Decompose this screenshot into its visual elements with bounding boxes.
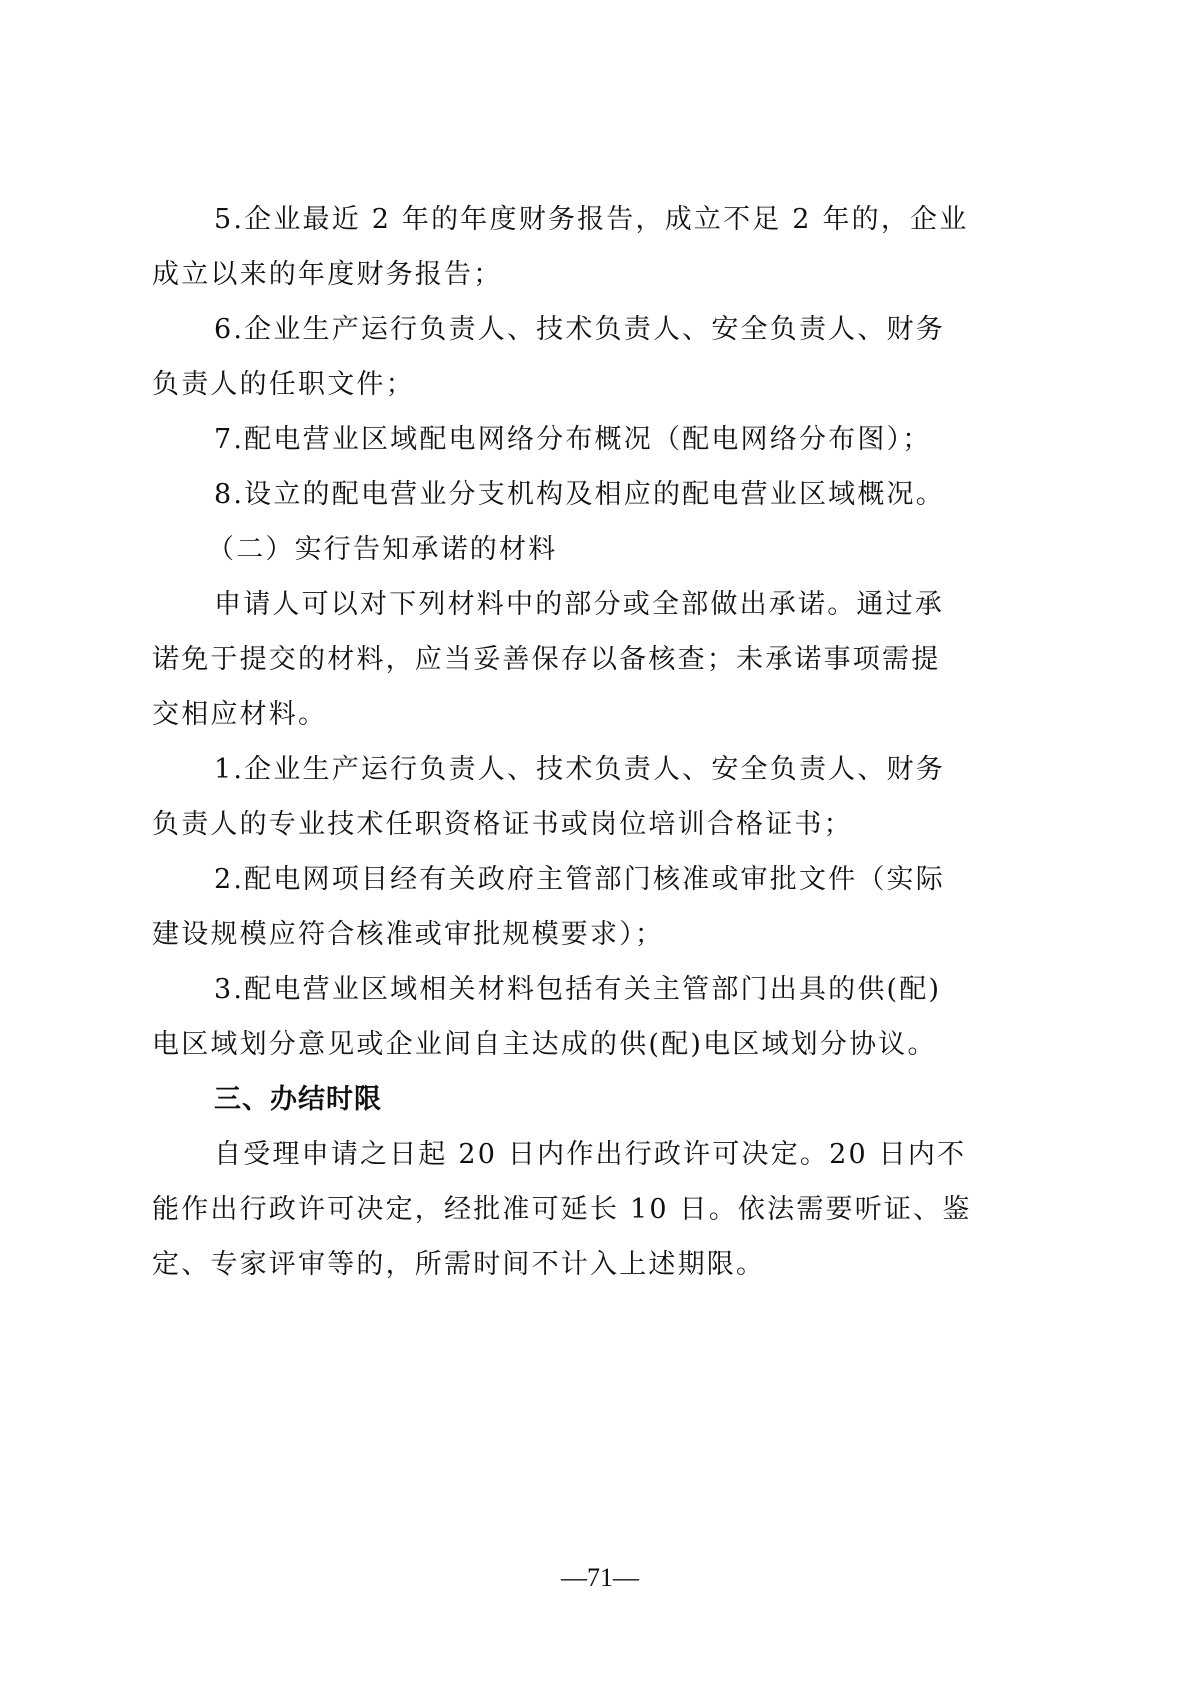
subheading-commitment-materials: （二）实行告知承诺的材料 xyxy=(152,522,1047,577)
list-item-5-line-2: 成立以来的年度财务报告； xyxy=(152,247,1047,302)
list-item-7-line-1: 7.配电营业区域配电网络分布概况（配电网络分布图）； xyxy=(152,412,1047,467)
commitment-item-3-line-1: 3.配电营业区域相关材料包括有关主管部门出具的供(配) xyxy=(152,962,1047,1017)
commitment-item-1-line-2: 负责人的专业技术任职资格证书或岗位培训合格证书； xyxy=(152,797,1047,852)
document-body: 5.企业最近 2 年的年度财务报告，成立不足 2 年的，企业 成立以来的年度财务… xyxy=(152,192,1047,1292)
commitment-item-2-line-2: 建设规模应符合核准或审批规模要求）； xyxy=(152,907,1047,962)
commitment-item-2-line-1: 2.配电网项目经有关政府主管部门核准或审批文件（实际 xyxy=(152,852,1047,907)
list-item-6-line-1: 6.企业生产运行负责人、技术负责人、安全负责人、财务 xyxy=(152,302,1047,357)
time-limit-paragraph-line-2: 能作出行政许可决定，经批准可延长 10 日。依法需要听证、鉴 xyxy=(152,1182,1047,1237)
commitment-paragraph-line-3: 交相应材料。 xyxy=(152,687,1047,742)
list-item-8-line-1: 8.设立的配电营业分支机构及相应的配电营业区域概况。 xyxy=(152,467,1047,522)
page-number: —71— xyxy=(0,1560,1200,1596)
list-item-6-line-2: 负责人的任职文件； xyxy=(152,357,1047,412)
time-limit-paragraph-line-3: 定、专家评审等的，所需时间不计入上述期限。 xyxy=(152,1237,1047,1292)
time-limit-paragraph-line-1: 自受理申请之日起 20 日内作出行政许可决定。20 日内不 xyxy=(152,1127,1047,1182)
commitment-item-1-line-1: 1.企业生产运行负责人、技术负责人、安全负责人、财务 xyxy=(152,742,1047,797)
commitment-item-3-line-2: 电区域划分意见或企业间自主达成的供(配)电区域划分协议。 xyxy=(152,1017,1047,1072)
commitment-paragraph-line-2: 诺免于提交的材料，应当妥善保存以备核查；未承诺事项需提 xyxy=(152,632,1047,687)
commitment-paragraph-line-1: 申请人可以对下列材料中的部分或全部做出承诺。通过承 xyxy=(152,577,1047,632)
list-item-5-line-1: 5.企业最近 2 年的年度财务报告，成立不足 2 年的，企业 xyxy=(152,192,1047,247)
section-heading-time-limit: 三、办结时限 xyxy=(152,1072,1047,1127)
